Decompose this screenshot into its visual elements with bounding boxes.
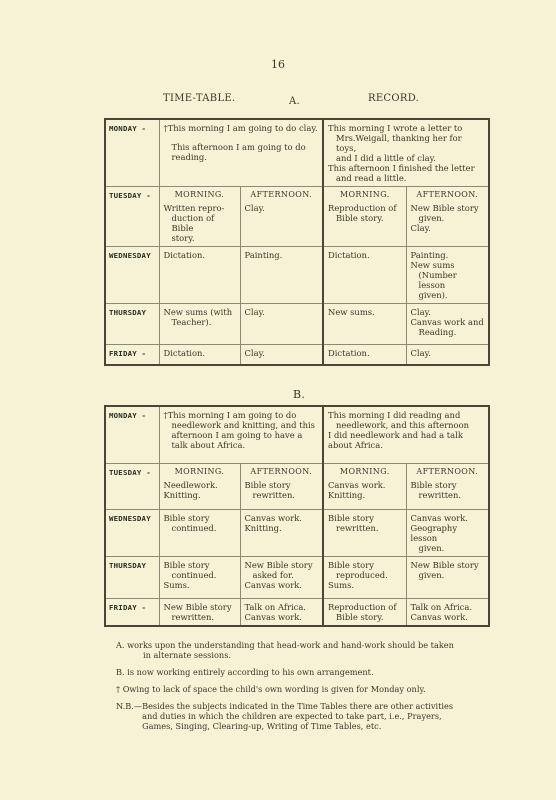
nb-label: N.B.— [116, 701, 142, 731]
table-row-friday: FRIDAY - New Bible story rewritten. Talk… [105, 598, 489, 626]
record-morning-cell: Dictation. [323, 247, 406, 304]
text-line: duction of Bible [164, 213, 236, 233]
text-line: rewritten. [245, 490, 319, 500]
nb-text: Besides the subjects indicated in the Ti… [142, 701, 453, 731]
afternoon-header: AFTERNOON. [245, 190, 319, 200]
text-line: Reading. [411, 327, 485, 337]
record-cell: This morning I did reading and needlewor… [323, 406, 489, 463]
timetable-afternoon-cell: Talk on Africa. Canvas work. [240, 598, 323, 626]
table-row-wednesday: WEDNESDAY Bible story continued. Canvas … [105, 509, 489, 556]
text-line: Sums. [164, 580, 236, 590]
text-line: Bible story [328, 560, 402, 570]
text-line: reading. [164, 152, 319, 162]
text-line: New Bible story [164, 602, 236, 612]
text-line: Reproduction of [328, 602, 402, 612]
record-afternoon-cell: AFTERNOON. Bible story rewritten. [406, 463, 489, 509]
text-line: Clay. [411, 348, 485, 358]
text-line: and I did a little of clay. [328, 153, 484, 163]
timetable-morning-cell: Dictation. [159, 247, 240, 304]
text-line: New Bible story [411, 203, 485, 213]
text-line: Clay. [245, 348, 319, 358]
text-line: in alternate sessions. [116, 650, 488, 660]
text-line: talk about Africa. [164, 440, 319, 450]
day-label: TUESDAY - [105, 187, 159, 247]
text-line: Canvas work and [411, 317, 485, 327]
text-line: needlework and knitting, and this [164, 420, 319, 430]
record-cell: This morning I wrote a letter to Mrs.Wei… [323, 119, 489, 187]
text-line: Canvas work. [411, 612, 485, 622]
text-line: rewritten. [164, 612, 236, 622]
day-label: TUESDAY - [105, 463, 159, 509]
timetable-afternoon-cell: AFTERNOON. Bible story rewritten. [240, 463, 323, 509]
text-line: Bible story. [328, 213, 402, 223]
text-line: Canvas work. [245, 513, 319, 523]
section-b-label: B. [293, 388, 305, 401]
text-line: I did needlework and had a talk [328, 430, 484, 440]
text-line: (Number lesson [411, 270, 485, 290]
page-number: 16 [0, 58, 556, 71]
text-line: Canvas work. [245, 580, 319, 590]
text-line: rewritten. [328, 523, 402, 533]
table-row-wednesday: WEDNESDAY Dictation. Painting. Dictation… [105, 247, 489, 304]
text-line: Clay. [245, 307, 319, 317]
text-line: Reproduction of [328, 203, 402, 213]
day-label: WEDNESDAY [105, 509, 159, 556]
text-line: Knitting. [164, 490, 236, 500]
timetable-morning-cell: New Bible story rewritten. [159, 598, 240, 626]
morning-header: MORNING. [164, 190, 236, 200]
record-afternoon-cell: Painting. New sums (Number lesson given)… [406, 247, 489, 304]
text-line: Talk on Africa. [245, 602, 319, 612]
timetable-afternoon-cell: Canvas work. Knitting. [240, 509, 323, 556]
text-line: New sums [411, 260, 485, 270]
record-morning-cell: MORNING. Canvas work. Knitting. [323, 463, 406, 509]
text-line: Dictation. [328, 250, 402, 260]
text-line: needlework, and this afternoon [328, 420, 484, 430]
record-morning-cell: New sums. [323, 304, 406, 345]
record-afternoon-cell: Clay. [406, 345, 489, 365]
text-line: This morning I wrote a letter to [328, 123, 484, 133]
text-line: Dictation. [328, 348, 402, 358]
note-a: A. works upon the understanding that hea… [116, 640, 488, 660]
text-line: Dictation. [164, 348, 236, 358]
table-row-tuesday: TUESDAY - MORNING. Needlework. Knitting.… [105, 463, 489, 509]
text-line: Knitting. [245, 523, 319, 533]
footnotes: A. works upon the understanding that hea… [116, 640, 488, 738]
text-line: Painting. [411, 250, 485, 260]
text-line: afternoon I am going to have a [164, 430, 319, 440]
text-line: Bible story [164, 513, 236, 523]
text-line: New Bible story [245, 560, 319, 570]
text-line: given. [411, 543, 485, 553]
text-line: This afternoon I finished the letter [328, 163, 484, 173]
afternoon-header: AFTERNOON. [411, 467, 485, 477]
record-afternoon-cell: Canvas work. Geography lesson given. [406, 509, 489, 556]
text-line: †This morning I am going to do [164, 410, 319, 420]
table-row-monday: MONDAY - †This morning I am going to do … [105, 406, 489, 463]
text-line: Mrs.Weigall, thanking her for toys, [328, 133, 484, 153]
text-line: Talk on Africa. [411, 602, 485, 612]
timetable-morning-cell: MORNING. Needlework. Knitting. [159, 463, 240, 509]
text-line: rewritten. [411, 490, 485, 500]
text-line: Besides the subjects indicated in the Ti… [142, 701, 453, 711]
record-morning-cell: Bible story reproduced. Sums. [323, 556, 406, 598]
text-line: Clay. [411, 223, 485, 233]
day-label: MONDAY - [105, 406, 159, 463]
timetable-a: MONDAY - †This morning I am going to do … [104, 118, 490, 366]
timetable-morning-cell: Bible story continued. [159, 509, 240, 556]
text-line: Clay. [245, 203, 319, 213]
record-morning-cell: MORNING. Reproduction of Bible story. [323, 187, 406, 247]
timetable-afternoon-cell: Painting. [240, 247, 323, 304]
text-line: reproduced. [328, 570, 402, 580]
timetable-heading: TIME-TABLE. [163, 93, 235, 104]
table-row-monday: MONDAY - †This morning I am going to do … [105, 119, 489, 187]
morning-header: MORNING. [328, 190, 402, 200]
timetable-b: MONDAY - †This morning I am going to do … [104, 405, 490, 627]
text-line: † Owing to lack of space the child's own… [116, 684, 488, 694]
day-label: MONDAY - [105, 119, 159, 187]
text-line: continued. [164, 523, 236, 533]
record-morning-cell: Reproduction of Bible story. [323, 598, 406, 626]
table-row-thursday: THURSDAY New sums (with Teacher). Clay. … [105, 304, 489, 345]
morning-header: MORNING. [164, 467, 236, 477]
text-line: Games, Singing, Clearing-up, Writing of … [142, 721, 453, 731]
record-morning-cell: Dictation. [323, 345, 406, 365]
text-line: about Africa. [328, 440, 484, 450]
text-line: Bible story [164, 560, 236, 570]
text-line: given. [411, 213, 485, 223]
timetable-morning-cell: Dictation. [159, 345, 240, 365]
text-line: A. works upon the understanding that hea… [116, 640, 488, 650]
text-line: Canvas work. [411, 513, 485, 523]
text-line: Bible story. [328, 612, 402, 622]
section-a-label: A. [289, 96, 300, 107]
text-line: and read a little. [328, 173, 484, 183]
note-dagger: † Owing to lack of space the child's own… [116, 684, 488, 694]
text-line: Written repro- [164, 203, 236, 213]
timetable-afternoon-cell: Clay. [240, 345, 323, 365]
table-row-tuesday: TUESDAY - MORNING. Written repro- ductio… [105, 187, 489, 247]
text-line: New sums (with [164, 307, 236, 317]
record-afternoon-cell: Talk on Africa. Canvas work. [406, 598, 489, 626]
text-line: B. is now working entirely according to … [116, 667, 488, 677]
record-afternoon-cell: AFTERNOON. New Bible story given. Clay. [406, 187, 489, 247]
text-line: Canvas work. [245, 612, 319, 622]
text-line: Geography lesson [411, 523, 485, 543]
text-line: Bible story [411, 480, 485, 490]
note-nb: N.B.— Besides the subjects indicated in … [116, 701, 488, 731]
text-line: Bible story [245, 480, 319, 490]
timetable-afternoon-cell: AFTERNOON. Clay. [240, 187, 323, 247]
text-line: Dictation. [164, 250, 236, 260]
text-line: Bible story [328, 513, 402, 523]
text-line: New sums. [328, 307, 402, 317]
text-line: asked for. [245, 570, 319, 580]
text-line: This afternoon I am going to do [164, 142, 319, 152]
timetable-afternoon-cell: New Bible story asked for. Canvas work. [240, 556, 323, 598]
day-label: THURSDAY [105, 556, 159, 598]
timetable-cell: †This morning I am going to do needlewor… [159, 406, 323, 463]
day-label: FRIDAY - [105, 345, 159, 365]
timetable-cell: †This morning I am going to do clay. Thi… [159, 119, 323, 187]
text-line: Knitting. [328, 490, 402, 500]
text-line: and duties in which the children are exp… [142, 711, 453, 721]
text-line: continued. [164, 570, 236, 580]
record-afternoon-cell: New Bible story given. [406, 556, 489, 598]
text-line: Sums. [328, 580, 402, 590]
record-heading: RECORD. [368, 93, 419, 104]
text-line: New Bible story [411, 560, 485, 570]
table-row-friday: FRIDAY - Dictation. Clay. Dictation. Cla… [105, 345, 489, 365]
record-morning-cell: Bible story rewritten. [323, 509, 406, 556]
timetable-afternoon-cell: Clay. [240, 304, 323, 345]
text-line: Clay. [411, 307, 485, 317]
afternoon-header: AFTERNOON. [245, 467, 319, 477]
text-line: †This morning I am going to do clay. [164, 123, 319, 133]
record-afternoon-cell: Clay. Canvas work and Reading. [406, 304, 489, 345]
day-label: FRIDAY - [105, 598, 159, 626]
text-line: This morning I did reading and [328, 410, 484, 420]
text-line: story. [164, 233, 236, 243]
morning-header: MORNING. [328, 467, 402, 477]
table-row-thursday: THURSDAY Bible story continued. Sums. Ne… [105, 556, 489, 598]
timetable-morning-cell: New sums (with Teacher). [159, 304, 240, 345]
day-label: WEDNESDAY [105, 247, 159, 304]
text-line: Needlework. [164, 480, 236, 490]
afternoon-header: AFTERNOON. [411, 190, 485, 200]
note-b: B. is now working entirely according to … [116, 667, 488, 677]
text-line: Painting. [245, 250, 319, 260]
timetable-morning-cell: MORNING. Written repro- duction of Bible… [159, 187, 240, 247]
text-line: given. [411, 570, 485, 580]
text-line: Teacher). [164, 317, 236, 327]
day-label: THURSDAY [105, 304, 159, 345]
timetable-morning-cell: Bible story continued. Sums. [159, 556, 240, 598]
text-line: Canvas work. [328, 480, 402, 490]
text-line: given). [411, 290, 485, 300]
